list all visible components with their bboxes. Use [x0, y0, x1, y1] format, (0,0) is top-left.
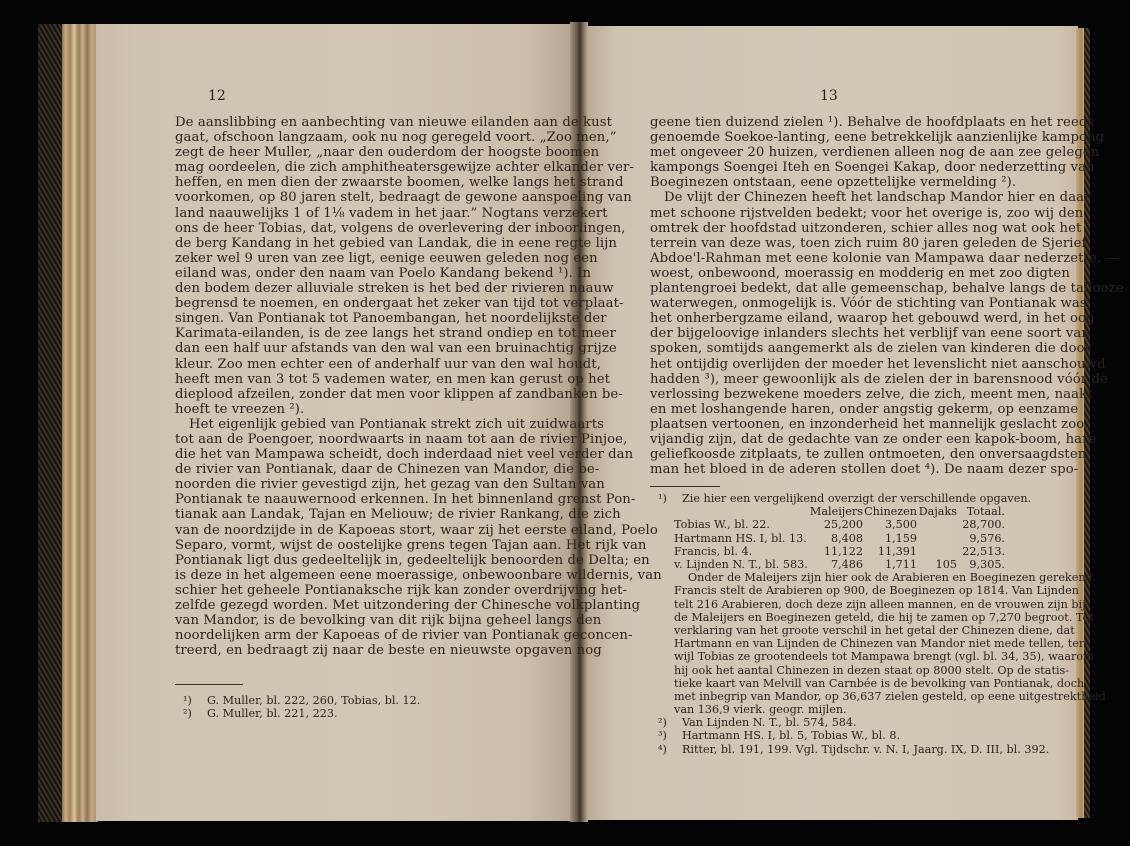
- value-cell: 28,700.: [957, 518, 1005, 531]
- left-footnotes: ¹)G. Muller, bl. 222, 260, Tobias, bl. 1…: [175, 694, 528, 720]
- footnote-rule-left: [175, 684, 243, 685]
- value-cell: 11,122: [809, 545, 863, 558]
- text-line: De vlijt der Chinezen heeft het landscha…: [650, 190, 1003, 205]
- value-cell: 1,711: [863, 558, 917, 571]
- footnote-line: Onder de Maleijers zijn hier ook de Arab…: [674, 571, 1005, 584]
- footnote-mark: ²): [650, 716, 682, 729]
- value-cell: 11,391: [863, 545, 917, 558]
- text-line: en met loshangende haren, onder angstig …: [650, 402, 1003, 417]
- source-cell: Hartmann HS. I, bl. 13.: [674, 532, 809, 545]
- value-cell: [917, 532, 957, 545]
- footnote-text: G. Muller, bl. 222, 260, Tobias, bl. 12.: [207, 694, 420, 707]
- text-line: heffen, en men dien der zwaarste boomen,…: [175, 175, 528, 190]
- text-line: dieplood afzeilen, zonder dat men voor k…: [175, 387, 528, 402]
- book-cover-left: [38, 24, 64, 822]
- text-line: schier het geheele Pontianaksche rijk ka…: [175, 583, 528, 598]
- footnote-1-text: Onder de Maleijers zijn hier ook de Arab…: [650, 571, 1005, 716]
- text-line: plaatsen vertoonen, en inzonderheid het …: [650, 417, 1003, 432]
- value-cell: 22,513.: [957, 545, 1005, 558]
- text-line: hoeft te vreezen ²).: [175, 402, 528, 417]
- footnote-line: van 136,9 vierk. geogr. mijlen.: [674, 703, 1005, 716]
- text-line: Karimata-eilanden, is de zee langs het s…: [175, 326, 528, 341]
- text-line: den bodem dezer alluviale streken is het…: [175, 281, 528, 296]
- text-line: de berg Kandang in het gebied van Landak…: [175, 236, 528, 251]
- text-line: het ontijdig overlijden der moeder het l…: [650, 357, 1003, 372]
- text-line: Pontianak te naauwernood erkennen. In he…: [175, 492, 528, 507]
- population-table: Maleijers Chinezen Dajaks Totaal. Tobias…: [674, 505, 1005, 571]
- value-cell: 8,408: [809, 532, 863, 545]
- text-line: Boeginezen ontstaan, eene opzettelijke v…: [650, 175, 1003, 190]
- text-line: Separo, vormt, wijst de oostelijke grens…: [175, 538, 528, 553]
- source-cell: v. Lijnden N. T., bl. 583.: [674, 558, 809, 571]
- page-number-left: 12: [208, 88, 226, 104]
- text-line: Pontianak ligt dus gedeeltelijk in, gede…: [175, 553, 528, 568]
- text-line: van de noordzijde in de Kapoeas stort, w…: [175, 523, 528, 538]
- value-cell: 3,500: [863, 518, 917, 531]
- value-cell: 9,576.: [957, 532, 1005, 545]
- table-row: Francis, bl. 4.11,12211,39122,513.: [674, 545, 1005, 558]
- text-line: der bijgeloovige inlanders slechts het v…: [650, 326, 1003, 341]
- text-line: singen. Van Pontianak tot Panoembangan, …: [175, 311, 528, 326]
- text-line: geene tien duizend zielen ¹). Behalve de…: [650, 115, 1003, 130]
- value-cell: 25,200: [809, 518, 863, 531]
- table-row: Hartmann HS. I, bl. 13.8,4081,1599,576.: [674, 532, 1005, 545]
- text-line: zelfde gezegd worden. Met uitzondering d…: [175, 598, 528, 613]
- value-cell: 9,305.: [957, 558, 1005, 571]
- text-line: De aanslibbing en aanbechting van nieuwe…: [175, 115, 528, 130]
- text-line: treerd, en bedraagt zij naar de beste en…: [175, 643, 528, 658]
- text-line: omtrek der hoofdstad uitzonderen, schier…: [650, 221, 1003, 236]
- value-cell: 1,159: [863, 532, 917, 545]
- footnote-3: ³)Hartmann HS. I, bl. 5, Tobias W., bl. …: [650, 729, 1005, 742]
- footnote-2: ²)Van Lijnden N. T., bl. 574, 584.: [650, 716, 1005, 729]
- text-line: noordelijken arm der Kapoeas of de rivie…: [175, 628, 528, 643]
- right-page-body: geene tien duizend zielen ¹). Behalve de…: [650, 115, 1003, 477]
- footnote-mark: ¹): [650, 492, 682, 505]
- text-line: Het eigenlijk gebied van Pontianak strek…: [175, 417, 528, 432]
- text-line: de rivier van Pontianak, daar de Chineze…: [175, 462, 528, 477]
- text-line: spoken, somtijds aangemerkt als de ziele…: [650, 341, 1003, 356]
- text-line: land naauwelijks 1 of 1⅛ vadem in het ja…: [175, 206, 528, 221]
- value-cell: [917, 545, 957, 558]
- right-footnotes: ²)Van Lijnden N. T., bl. 574, 584.³)Hart…: [650, 716, 1005, 756]
- footnote-text: G. Muller, bl. 221, 223.: [207, 707, 338, 720]
- text-line: terrein van deze was, toen zich ruim 80 …: [650, 236, 1003, 251]
- text-line: voorkomen, op 80 jaren stelt, bedraagt d…: [175, 190, 528, 205]
- text-line: mag oordeelen, die zich amphitheatersgew…: [175, 160, 528, 175]
- source-cell: Tobias W., bl. 22.: [674, 518, 809, 531]
- value-cell: [917, 518, 957, 531]
- text-line: Abdoe'l-Rahman met eene kolonie van Mamp…: [650, 251, 1003, 266]
- page-edges-left: [62, 24, 98, 822]
- table-row: Tobias W., bl. 22.25,2003,50028,700.: [674, 518, 1005, 531]
- source-cell: Francis, bl. 4.: [674, 545, 809, 558]
- value-cell: 7,486: [809, 558, 863, 571]
- text-line: kampongs Soengei Iteh en Soengei Kakap, …: [650, 160, 1003, 175]
- footnote-mark: ¹): [175, 694, 207, 707]
- text-line: genoemde Soekoe-lanting, eene betrekkeli…: [650, 130, 1003, 145]
- footnote-2: ²)G. Muller, bl. 221, 223.: [175, 707, 528, 720]
- footnote-line: hij ook het aantal Chinezen in dezen sta…: [674, 664, 1005, 677]
- table-header-row: Maleijers Chinezen Dajaks Totaal.: [674, 505, 1005, 518]
- footnote-text: Ritter, bl. 191, 199. Vgl. Tijdschr. v. …: [682, 743, 1049, 756]
- footnote-1: ¹)G. Muller, bl. 222, 260, Tobias, bl. 1…: [175, 694, 528, 707]
- text-line: man het bloed in de aderen stollen doet …: [650, 462, 1003, 477]
- text-line: begrensd te noemen, en ondergaat het zek…: [175, 296, 528, 311]
- text-line: is deze in het algemeen eene moerassige,…: [175, 568, 528, 583]
- footnote-line: Francis stelt de Arabieren op 900, de Bo…: [674, 584, 1005, 597]
- text-line: verlossing bezwekene moeders zelve, die …: [650, 387, 1003, 402]
- footnote-text: Van Lijnden N. T., bl. 574, 584.: [682, 716, 857, 729]
- footnote-1-intro: ¹)Zie hier een vergelijkend overzigt der…: [650, 492, 1005, 505]
- footnote-4: ⁴)Ritter, bl. 191, 199. Vgl. Tijdschr. v…: [650, 743, 1005, 756]
- left-page-body: De aanslibbing en aanbechting van nieuwe…: [175, 115, 528, 658]
- footnote-line: met inbegrip van Mandor, op 36,637 ziele…: [674, 690, 1005, 703]
- text-line: hadden ³), meer gewoonlijk als de zielen…: [650, 372, 1003, 387]
- text-line: met ongeveer 20 huizen, verdienen alleen…: [650, 145, 1003, 160]
- text-line: woest, onbewoond, moerassig en modderig …: [650, 266, 1003, 281]
- text-line: geliefkoosde zitplaats, te zullen ontmoe…: [650, 447, 1003, 462]
- text-line: ons de heer Tobias, dat, volgens de over…: [175, 221, 528, 236]
- table-row: v. Lijnden N. T., bl. 583.7,4861,7111059…: [674, 558, 1005, 571]
- text-line: tianak aan Landak, Tajan en Meliouw; de …: [175, 507, 528, 522]
- text-line: plantengroei bedekt, dat alle gemeenscha…: [650, 281, 1003, 296]
- footnote-mark: ²): [175, 707, 207, 720]
- text-line: zegt de heer Muller, „naar den ouderdom …: [175, 145, 528, 160]
- text-line: heeft men van 3 tot 5 vademen water, en …: [175, 372, 528, 387]
- value-cell: 105: [917, 558, 957, 571]
- footnote-line: de Maleijers en Boeginezen geteld, die h…: [674, 611, 1005, 624]
- footnote-1: ¹)Zie hier een vergelijkend overzigt der…: [650, 492, 1005, 756]
- text-line: tot aan de Poengoer, noordwaarts in naam…: [175, 432, 528, 447]
- footnote-line: verklaring van het groote verschil in he…: [674, 624, 1005, 637]
- footnote-mark: ³): [650, 729, 682, 742]
- text-line: waterwegen, onmogelijk is. Vóór de stich…: [650, 296, 1003, 311]
- text-line: gaat, ofschoon langzaam, ook nu nog gere…: [175, 130, 528, 145]
- footnote-text: Hartmann HS. I, bl. 5, Tobias W., bl. 8.: [682, 729, 900, 742]
- text-line: met schoone rijstvelden bedekt; voor het…: [650, 206, 1003, 221]
- text-line: noorden die rivier gevestigd zijn, het g…: [175, 477, 528, 492]
- footnote-line: Hartmann en van Lijnden de Chinezen van …: [674, 637, 1005, 650]
- footnote-rule-right: [650, 486, 720, 487]
- text-line: van Mandor, is de bevolking van dit rijk…: [175, 613, 528, 628]
- text-line: vijandig zijn, dat de gedachte van ze on…: [650, 432, 1003, 447]
- text-line: kleur. Zoo men echter een of anderhalf u…: [175, 357, 528, 372]
- text-line: die het van Mampawa scheidt, doch inderd…: [175, 447, 528, 462]
- footnote-line: telt 216 Arabieren, doch deze zijn allee…: [674, 598, 1005, 611]
- text-line: dan een half uur afstands van den wal va…: [175, 341, 528, 356]
- footnote-line: wijl Tobias ze grootendeels tot Mampawa …: [674, 650, 1005, 663]
- page-number-right: 13: [820, 88, 838, 104]
- text-line: eiland was, onder den naam van Poelo Kan…: [175, 266, 528, 281]
- text-line: zeker wel 9 uren van zee ligt, eenige ee…: [175, 251, 528, 266]
- footnote-line: tieke kaart van Melvill van Carnbée is d…: [674, 677, 1005, 690]
- text-line: het onherbergzame eiland, waarop het geb…: [650, 311, 1003, 326]
- footnote-mark: ⁴): [650, 743, 682, 756]
